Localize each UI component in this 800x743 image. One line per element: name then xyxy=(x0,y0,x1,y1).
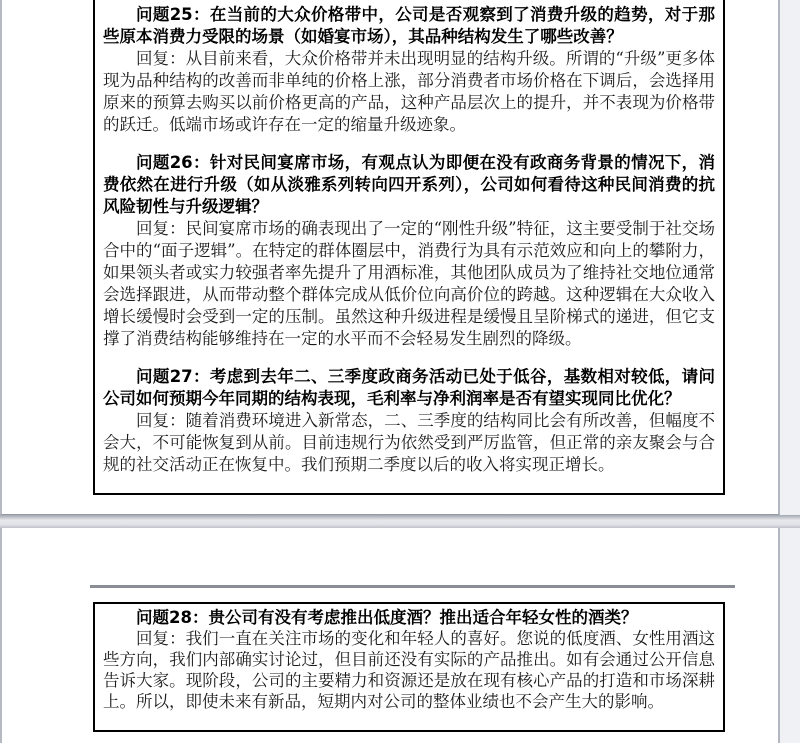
qa-box-page2: 问题28：贵公司有没有考虑推出低度酒？推出适合年轻女性的酒类？ 回复：我们一直在… xyxy=(93,602,725,732)
qa-group-26: 问题26：针对民间宴席市场，有观点认为即便在没有政商务背景的情况下，消费依然在进… xyxy=(103,152,715,350)
question-28-text: 问题28：贵公司有没有考虑推出低度酒？推出适合年轻女性的酒类？ xyxy=(103,607,715,628)
qa-group-27: 问题27：考虑到去年二、三季度政商务活动已处于低谷，基数相对较低，请问公司如何预… xyxy=(103,366,715,476)
qa-group-25: 问题25：在当前的大众价格带中，公司是否观察到了消费升级的趋势，对于那些原本消费… xyxy=(103,4,715,136)
answer-27-text: 回复：随着消费环境进入新常态，二、三季度的结构同比会有所改善，但幅度不会大，不可… xyxy=(103,410,715,476)
question-27-text: 问题27：考虑到去年二、三季度政商务活动已处于低谷，基数相对较低，请问公司如何预… xyxy=(103,366,715,410)
answer-25-text: 回复：从目前来看，大众价格带并未出现明显的结构升级。所谓的“升级”更多体现为品种… xyxy=(103,48,715,136)
page-break-gap xyxy=(0,515,800,528)
section-divider-rule xyxy=(90,585,735,588)
qa-group-28: 问题28：贵公司有没有考虑推出低度酒？推出适合年轻女性的酒类？ 回复：我们一直在… xyxy=(103,607,715,712)
document-viewer: 问题25：在当前的大众价格带中，公司是否观察到了消费升级的趋势，对于那些原本消费… xyxy=(0,0,800,743)
page-1: 问题25：在当前的大众价格带中，公司是否观察到了消费升级的趋势，对于那些原本消费… xyxy=(0,0,780,515)
question-26-text: 问题26：针对民间宴席市场，有观点认为即便在没有政商务背景的情况下，消费依然在进… xyxy=(103,152,715,218)
answer-28-text: 回复：我们一直在关注市场的变化和年轻人的喜好。您说的低度酒、女性用酒这些方向，我… xyxy=(103,628,715,712)
qa-box-page1: 问题25：在当前的大众价格带中，公司是否观察到了消费升级的趋势，对于那些原本消费… xyxy=(93,0,725,495)
page-2: 问题28：贵公司有没有考虑推出低度酒？推出适合年轻女性的酒类？ 回复：我们一直在… xyxy=(0,528,780,743)
answer-26-text: 回复：民间宴席市场的确表现出了一定的“刚性升级”特征，这主要受制于社交场合中的“… xyxy=(103,218,715,350)
question-25-text: 问题25：在当前的大众价格带中，公司是否观察到了消费升级的趋势，对于那些原本消费… xyxy=(103,4,715,48)
